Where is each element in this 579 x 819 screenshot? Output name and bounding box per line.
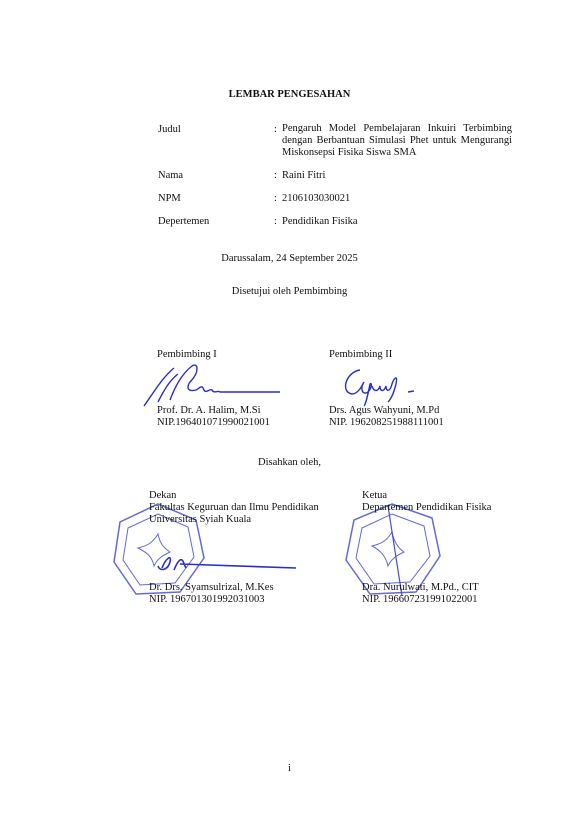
place-date: Darussalam, 24 September 2025 — [0, 252, 579, 265]
official-2-nip: NIP. 196607231991022001 — [362, 593, 478, 606]
field-colon: : — [274, 192, 277, 205]
page-title: LEMBAR PENGESAHAN — [0, 88, 579, 101]
field-value-departemen: Pendidikan Fisika — [282, 215, 358, 228]
field-colon: : — [274, 123, 277, 136]
supervisor-1-nip: NIP.196401071990021001 — [157, 416, 270, 429]
official-1-unit-line2: Universitas Syiah Kuala — [149, 513, 251, 526]
official-2-unit-line1: Departemen Pendidikan Fisika — [362, 501, 491, 514]
field-value-nama: Raini Fitri — [282, 169, 325, 182]
field-colon: : — [274, 215, 277, 228]
supervisor-1-role: Pembimbing I — [157, 348, 217, 361]
signature-dean-icon — [150, 548, 300, 578]
field-label-departemen: Depertemen — [158, 215, 209, 228]
signature-supervisor-2-icon — [338, 364, 428, 408]
page-number: i — [0, 762, 579, 775]
field-label-judul: Judul — [158, 123, 181, 136]
field-label-nama: Nama — [158, 169, 183, 182]
field-label-npm: NPM — [158, 192, 181, 205]
approved-by-heading: Disetujui oleh Pembimbing — [0, 285, 579, 298]
field-colon: : — [274, 169, 277, 182]
supervisor-2-role: Pembimbing II — [329, 348, 392, 361]
field-value-npm: 2106103030021 — [282, 192, 350, 205]
field-value-judul: Pengaruh Model Pembelajaran Inkuiri Terb… — [282, 123, 512, 159]
supervisor-2-nip: NIP. 196208251988111001 — [329, 416, 444, 429]
official-1-nip: NIP. 196701301992031003 — [149, 593, 265, 606]
ratified-by-heading: Disahkan oleh, — [0, 456, 579, 469]
